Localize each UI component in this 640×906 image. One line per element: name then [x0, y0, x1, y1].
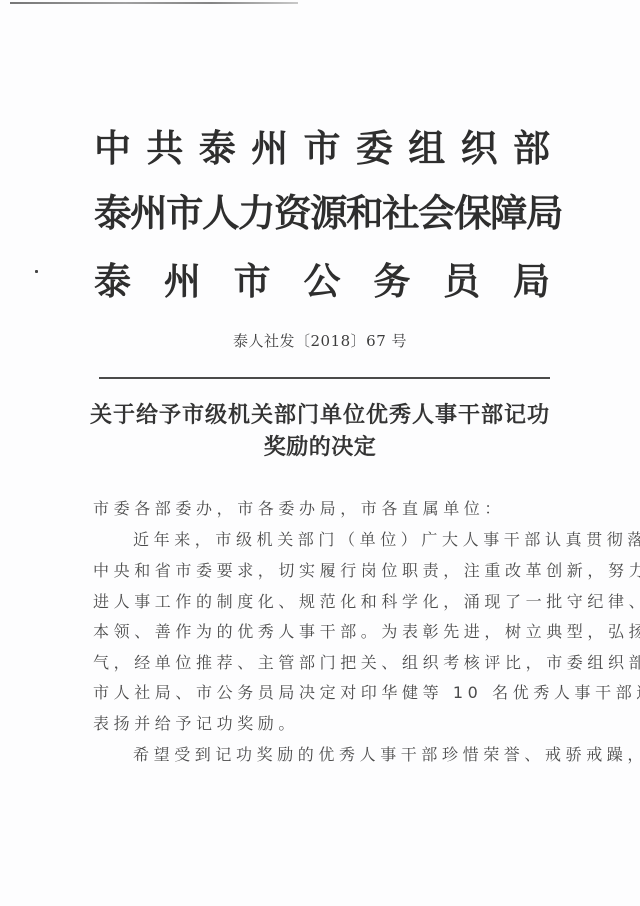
issuer-char: 中 — [94, 128, 131, 168]
issuer-char: 源 — [310, 193, 346, 233]
issuer-char: 保 — [454, 193, 490, 233]
issuer-char: 局 — [513, 261, 550, 301]
issuer-char: 和 — [346, 193, 382, 233]
issuer-char: 局 — [526, 193, 562, 233]
issuer-char: 人 — [202, 193, 238, 233]
document-title-line-2: 奖励的决定 — [0, 430, 640, 461]
body-line: 本领、善作为的优秀人事干部。为表彰先进，树立典型，弘扬正 — [93, 622, 640, 642]
issuer-char: 组 — [408, 128, 445, 168]
issuer-char: 务 — [373, 261, 410, 301]
body-line: 市人社局、市公务员局决定对印华健等 10 名优秀人事干部通报 — [93, 683, 640, 703]
body-line: 希望受到记功奖励的优秀人事干部珍惜荣誉、戒骄戒躁，再 — [133, 745, 640, 765]
issuer-char: 泰 — [199, 128, 236, 168]
issuer-char: 市 — [304, 128, 341, 168]
header-separator — [99, 377, 550, 379]
issuer-line-2: 泰州市人力资源和社会保障局 — [94, 193, 550, 233]
issuer-line-1: 中共泰州市委组织部 — [94, 128, 550, 168]
issuer-char: 州 — [164, 261, 201, 301]
body-line: 进人事工作的制度化、规范化和科学化，涌现了一批守纪律、有 — [93, 592, 640, 612]
issuer-char: 资 — [274, 193, 310, 233]
issuer-char: 州 — [130, 193, 166, 233]
body-line: 近年来，市级机关部门（单位）广大人事干部认真贯彻落实 — [133, 530, 640, 550]
issuer-char: 泰 — [94, 193, 130, 233]
issuer-char: 员 — [443, 261, 480, 301]
issuer-char: 市 — [166, 193, 202, 233]
issuer-line-3: 泰州市公务员局 — [94, 261, 550, 301]
issuer-char: 织 — [461, 128, 498, 168]
issuer-char: 公 — [303, 261, 340, 301]
scan-speck — [35, 270, 38, 273]
issuer-char: 障 — [490, 193, 526, 233]
body-line: 表扬并给予记功奖励。 — [93, 714, 299, 734]
document-number: 泰人社发〔2018〕67 号 — [0, 330, 640, 351]
body-line: 气，经单位推荐、主管部门把关、组织考核评比，市委组织部、 — [93, 653, 640, 673]
scan-edge-mark — [10, 2, 298, 4]
issuer-char: 力 — [238, 193, 274, 233]
issuer-char: 社 — [382, 193, 418, 233]
issuer-char: 市 — [234, 261, 271, 301]
issuer-char: 部 — [513, 128, 550, 168]
issuer-char: 共 — [146, 128, 183, 168]
issuer-char: 泰 — [94, 261, 131, 301]
issuer-char: 会 — [418, 193, 454, 233]
issuer-char: 州 — [251, 128, 288, 168]
issuer-char: 委 — [356, 128, 393, 168]
body-line: 中央和省市委要求，切实履行岗位职责，注重改革创新，努力推 — [93, 561, 640, 581]
document-title-line-1: 关于给予市级机关部门单位优秀人事干部记功 — [0, 398, 640, 429]
salutation: 市委各部委办，市各委办局，市各直属单位： — [93, 499, 505, 519]
